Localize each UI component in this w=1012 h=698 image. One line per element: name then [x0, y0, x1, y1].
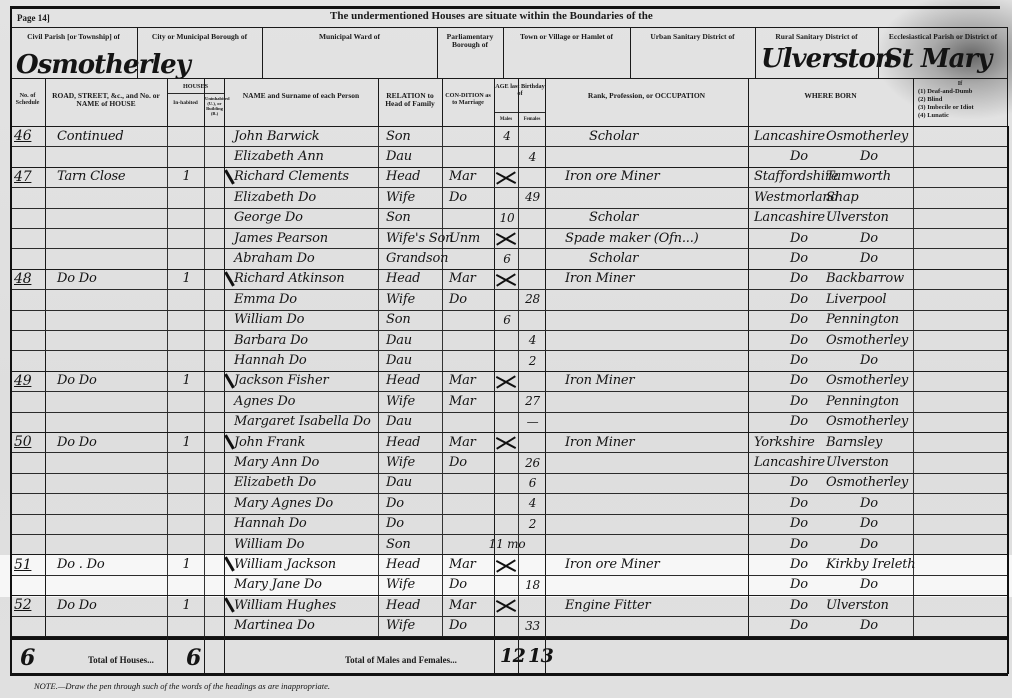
cell-f: 49 — [522, 187, 543, 207]
table-row: 46ContinuedJohn BarwickSon4ScholarLancas… — [0, 126, 1012, 146]
cell-name: Martinea Do — [228, 616, 382, 636]
cell-born-place: Do — [860, 350, 878, 370]
cell-born-place: Pennington — [826, 310, 899, 330]
cell-rel: Dau — [382, 146, 444, 166]
cell-born-county: Do — [790, 575, 808, 595]
cell-occ: Iron ore Miner — [549, 554, 762, 574]
cell-occ: Scholar — [549, 208, 786, 228]
cell-rel: Son — [382, 534, 444, 554]
cell-born-place: Ulverston — [826, 208, 889, 228]
table-row: 52Do Do1William HughesHeadMar—Engine Fit… — [0, 595, 1012, 615]
footnote: NOTE.—Draw the pen through such of the w… — [34, 681, 330, 691]
column-header-infirmity: (2) Blind — [918, 96, 942, 103]
cell-road: Do Do — [49, 595, 173, 615]
cell-rel: Wife — [382, 289, 444, 309]
cell-road: Do Do — [49, 432, 173, 452]
cell-cond: Mar — [446, 371, 495, 391]
column-header-infirmity: (3) Imbecile or Idiot — [918, 104, 974, 111]
cell-name: George Do — [228, 208, 382, 228]
total-schedules: 6 — [20, 645, 35, 671]
cell-born-county: Do — [790, 269, 808, 289]
cell-born-place: Osmotherley — [826, 412, 908, 432]
table-row: Elizabeth DoDau6DoOsmotherley — [0, 473, 1012, 493]
boundary-label: Rural Sanitary District of — [758, 33, 875, 41]
cell-rel: Head — [382, 595, 444, 615]
cell-born-place: Do — [860, 575, 878, 595]
cell-cond: Mar — [446, 554, 495, 574]
cell-rel: Do — [382, 493, 444, 513]
cell-inh: 1 — [171, 167, 202, 187]
cell-occ: Engine Fitter — [549, 595, 762, 615]
cell-inh: 1 — [171, 595, 202, 615]
cell-name: Elizabeth Do — [228, 187, 382, 207]
cell-born-county: Do — [790, 330, 808, 350]
cell-name: Margaret Isabella Do — [228, 412, 382, 432]
cell-occ: Iron ore Miner — [549, 167, 762, 187]
column-header-sched: No. of Schedule — [12, 92, 43, 106]
cell-name: William Jackson — [228, 554, 382, 574]
cell-rel: Dau — [382, 350, 444, 370]
cell-born-place: Liverpool — [826, 289, 886, 309]
column-header-rel: RELATION to Head of Family — [380, 92, 440, 108]
cell-born-place: Osmotherley — [826, 371, 908, 391]
cell-born-place: Do — [860, 493, 878, 513]
column-header-age: AGE last Birthday of — [495, 83, 545, 97]
table-row: 49Do Do1Jackson FisherHeadMar—Iron Miner… — [0, 371, 1012, 391]
cell-f: 4 — [522, 493, 543, 513]
boundary-label: Ecclesiastical Parish or District of — [881, 33, 1005, 41]
cell-born-place: Ulverston — [826, 595, 889, 615]
column-header-houses: HOUSES — [167, 83, 224, 90]
cell-name: John Barwick — [228, 126, 382, 146]
cell-rel: Wife — [382, 575, 444, 595]
cell-m: 4 — [498, 126, 516, 146]
cell-cond: Do — [446, 187, 495, 207]
banner-text: The undermentioned Houses are situate wi… — [330, 10, 653, 22]
cell-occ: Iron Miner — [549, 269, 762, 289]
cell-born-place: Shap — [826, 187, 859, 207]
cell-inh: 1 — [171, 432, 202, 452]
column-header-uninhabited: Uninhabited (U.), or Building (B.) — [205, 96, 224, 116]
cell-road: Continued — [49, 126, 173, 146]
cell-born-county: Do — [790, 146, 808, 166]
cell-name: Elizabeth Do — [228, 473, 382, 493]
cell-road: Do . Do — [49, 554, 173, 574]
page-label: Page 14] — [17, 13, 50, 23]
table-row: Barbara DoDau4DoOsmotherley — [0, 330, 1012, 350]
cell-cond: Do — [446, 575, 495, 595]
cell-born-place: Do — [860, 146, 878, 166]
cell-rel: Dau — [382, 473, 444, 493]
table-row: Agnes DoWifeMar27DoPennington — [0, 391, 1012, 411]
cell-born-county: Do — [790, 412, 808, 432]
cell-f: 27 — [522, 391, 543, 411]
cell-rel: Dau — [382, 412, 444, 432]
cell-born-county: Do — [790, 493, 808, 513]
cell-cond: Mar — [446, 595, 495, 615]
cell-born-county: Lancashire — [754, 126, 825, 146]
boundary-label: City or Municipal Borough of — [140, 33, 259, 41]
cell-road: Tarn Close — [49, 167, 173, 187]
cell-f: 2 — [522, 350, 543, 370]
cell-cond: Mar — [446, 391, 495, 411]
boundary-value: Osmotherley — [16, 50, 190, 80]
cell-name: Mary Ann Do — [228, 452, 382, 472]
cell-name: Mary Agnes Do — [228, 493, 382, 513]
cell-born-county: Do — [790, 616, 808, 636]
total-males: 12 — [500, 645, 525, 667]
cell-sched: 48 — [14, 269, 43, 289]
cell-name: William Do — [228, 310, 382, 330]
boundary-label: Town or Village or Hamlet of — [506, 33, 627, 41]
cell-born-county: Do — [790, 371, 808, 391]
cell-f: 33 — [522, 616, 543, 636]
cell-rel: Son — [382, 208, 444, 228]
cell-sched: 46 — [14, 126, 43, 146]
cell-m: 10 — [498, 208, 516, 228]
cell-born-county: Do — [790, 514, 808, 534]
table-row: Emma DoWifeDo28DoLiverpool — [0, 289, 1012, 309]
cell-born-county: Do — [790, 391, 808, 411]
cell-born-place: Tamworth — [826, 167, 891, 187]
cell-name: Hannah Do — [228, 350, 382, 370]
census-sheet: Page 14] The undermentioned Houses are s… — [0, 0, 1012, 698]
cell-occ: Iron Miner — [549, 371, 762, 391]
cell-name: Elizabeth Ann — [228, 146, 382, 166]
cell-born-county: Do — [790, 248, 808, 268]
cell-name: William Hughes — [228, 595, 382, 615]
cell-rel: Head — [382, 167, 444, 187]
cell-name: John Frank — [228, 432, 382, 452]
boundary-label: Municipal Ward of — [265, 33, 434, 41]
table-row: Martinea DoWifeDo33DoDo — [0, 616, 1012, 636]
total-houses-label: Total of Houses... — [88, 655, 154, 665]
cell-m: 11 mo — [498, 534, 516, 554]
table-row: George DoSon10ScholarLancashireUlverston — [0, 208, 1012, 228]
column-header-road: ROAD, STREET, &c., and No. or NAME of HO… — [47, 92, 165, 108]
cell-cond: Mar — [446, 432, 495, 452]
cell-occ: Scholar — [549, 126, 786, 146]
cell-f: 28 — [522, 289, 543, 309]
boundary-value: St Mary — [884, 44, 991, 74]
table-row: Mary Jane DoWifeDo18DoDo — [0, 575, 1012, 595]
cell-born-place: Do — [860, 514, 878, 534]
cell-born-place: Osmotherley — [826, 330, 908, 350]
cell-born-county: Do — [790, 534, 808, 554]
cell-born-county: Do — [790, 473, 808, 493]
cell-road: Do Do — [49, 371, 173, 391]
boundary-label: Parliamentary Borough of — [440, 33, 500, 49]
cell-rel: Head — [382, 371, 444, 391]
cell-cond: Do — [446, 289, 495, 309]
cell-born-county: Lancashire — [754, 452, 825, 472]
cell-born-place: Do — [860, 228, 878, 248]
boundary-label: Urban Sanitary District of — [633, 33, 752, 41]
table-row: 50Do Do1John FrankHeadMar—Iron MinerYork… — [0, 432, 1012, 452]
cell-f: 18 — [522, 575, 543, 595]
cell-born-place: Osmotherley — [826, 126, 908, 146]
cell-rel: Wife — [382, 452, 444, 472]
cell-name: William Do — [228, 534, 382, 554]
cell-rel: Wife — [382, 616, 444, 636]
cell-name: Richard Clements — [228, 167, 382, 187]
cell-sched: 50 — [14, 432, 43, 452]
cell-rel: Grandson — [382, 248, 444, 268]
cell-name: Mary Jane Do — [228, 575, 382, 595]
cell-born-county: Do — [790, 228, 808, 248]
cell-cond: Mar — [446, 167, 495, 187]
cell-name: Agnes Do — [228, 391, 382, 411]
column-header-born: WHERE BORN — [750, 92, 911, 100]
table-row: Elizabeth AnnDau4DoDo — [0, 146, 1012, 166]
column-header-occ: Rank, Profession, or OCCUPATION — [547, 92, 746, 100]
cell-occ: Iron Miner — [549, 432, 762, 452]
cell-cond: Mar — [446, 269, 495, 289]
table-row: Hannah DoDau2DoDo — [0, 350, 1012, 370]
cell-born-place: Kirkby Ireleth — [826, 554, 915, 574]
column-header-cond: CON-DITION as to Marriage — [444, 92, 492, 106]
table-row: Hannah DoDo2DoDo — [0, 514, 1012, 534]
total-females: 13 — [528, 645, 553, 667]
cell-born-county: Do — [790, 289, 808, 309]
column-header-inhabited: In-habited — [168, 100, 203, 107]
cell-born-place: Do — [860, 534, 878, 554]
column-header-males: Males — [495, 116, 517, 123]
cell-born-place: Do — [860, 248, 878, 268]
cell-born-place: Ulverston — [826, 452, 889, 472]
cell-cond: Do — [446, 452, 495, 472]
cell-m: 6 — [498, 248, 516, 268]
cell-name: Jackson Fisher — [228, 371, 382, 391]
cell-name: James Pearson — [228, 228, 382, 248]
cell-rel: Head — [382, 432, 444, 452]
cell-sched: 51 — [14, 554, 43, 574]
cell-inh: 1 — [171, 269, 202, 289]
cell-born-county: Do — [790, 350, 808, 370]
cell-cond: Unm — [446, 228, 495, 248]
cell-born-county: Lancashire — [754, 208, 825, 228]
cell-f: — — [522, 412, 543, 432]
total-persons-label: Total of Males and Females... — [345, 655, 457, 665]
cell-rel: Wife — [382, 187, 444, 207]
cell-name: Hannah Do — [228, 514, 382, 534]
cell-inh: 1 — [171, 371, 202, 391]
cell-born-county: Do — [790, 595, 808, 615]
cell-rel: Head — [382, 554, 444, 574]
cell-born-county: Do — [790, 310, 808, 330]
cell-f: 6 — [522, 473, 543, 493]
cell-sched: 49 — [14, 371, 43, 391]
column-header-infirmity-marker: If — [913, 80, 1007, 87]
table-row: William DoSon6DoPennington — [0, 310, 1012, 330]
cell-occ: Spade maker (Ofn...) — [549, 228, 762, 248]
cell-f: 4 — [522, 146, 543, 166]
cell-f: 4 — [522, 330, 543, 350]
boundary-value: Ulverston — [761, 44, 893, 74]
cell-cond: Do — [446, 616, 495, 636]
cell-inh: 1 — [171, 554, 202, 574]
table-row: Margaret Isabella DoDau—DoOsmotherley — [0, 412, 1012, 432]
table-row: 51Do . Do1William JacksonHeadMar—Iron or… — [0, 554, 1012, 574]
column-header-name: NAME and Surname of each Person — [226, 92, 376, 100]
cell-rel: Son — [382, 126, 444, 146]
table-row: Abraham DoGrandson6ScholarDoDo — [0, 248, 1012, 268]
column-header-infirmity: (4) Lunatic — [918, 112, 949, 119]
table-row: Elizabeth DoWifeDo49WestmorlandShap — [0, 187, 1012, 207]
cell-born-place: Osmotherley — [826, 473, 908, 493]
cell-name: Abraham Do — [228, 248, 382, 268]
table-row: 48Do Do1Richard AtkinsonHeadMar—Iron Min… — [0, 269, 1012, 289]
cell-rel: Wife — [382, 391, 444, 411]
cell-rel: Son — [382, 310, 444, 330]
cell-m: 6 — [498, 310, 516, 330]
cell-name: Barbara Do — [228, 330, 382, 350]
cell-name: Richard Atkinson — [228, 269, 382, 289]
cell-born-place: Do — [860, 616, 878, 636]
table-row: William DoSon11 moDoDo — [0, 534, 1012, 554]
cell-sched: 52 — [14, 595, 43, 615]
cell-occ: Scholar — [549, 248, 786, 268]
table-row: 47Tarn Close1Richard ClementsHeadMar—Iro… — [0, 167, 1012, 187]
cell-born-county: Do — [790, 554, 808, 574]
table-row: James PearsonWife's SonUnm—Spade maker (… — [0, 228, 1012, 248]
cell-born-place: Barnsley — [826, 432, 882, 452]
column-header-infirmity: (1) Deaf-and-Dumb — [918, 88, 972, 95]
cell-f: 2 — [522, 514, 543, 534]
cell-road: Do Do — [49, 269, 173, 289]
cell-sched: 47 — [14, 167, 43, 187]
boundary-label: Civil Parish [or Township] of — [13, 33, 134, 41]
cell-born-county: Yorkshire — [754, 432, 815, 452]
cell-rel: Head — [382, 269, 444, 289]
cell-rel: Do — [382, 514, 444, 534]
cell-f: 26 — [522, 452, 543, 472]
table-row: Mary Ann DoWifeDo26LancashireUlverston — [0, 452, 1012, 472]
cell-name: Emma Do — [228, 289, 382, 309]
table-row: Mary Agnes DoDo4DoDo — [0, 493, 1012, 513]
cell-born-place: Pennington — [826, 391, 899, 411]
cell-born-place: Backbarrow — [826, 269, 904, 289]
total-houses: 6 — [186, 645, 201, 671]
cell-rel: Dau — [382, 330, 444, 350]
column-header-females: Females — [519, 116, 545, 123]
cell-rel: Wife's Son — [382, 228, 444, 248]
